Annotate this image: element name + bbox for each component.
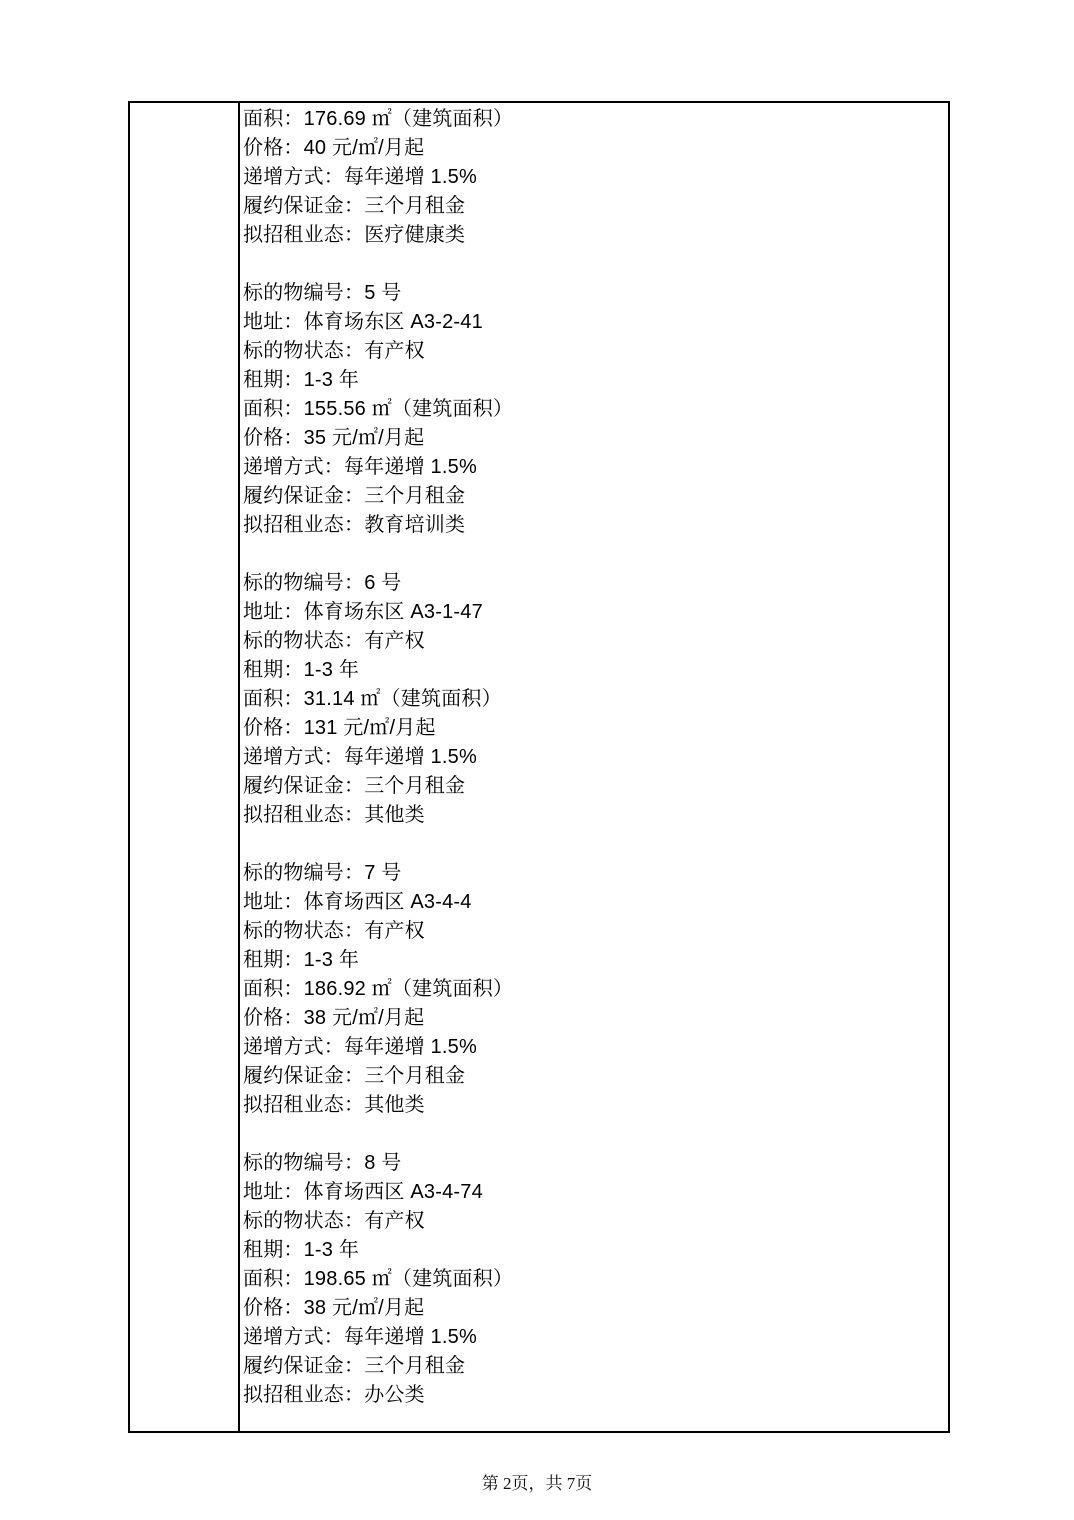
content-line: 履约保证金：三个月租金 [243,192,940,221]
content-line: 面积：31.14 ㎡（建筑面积） [243,685,940,714]
content-line: 租期：1-3 年 [243,946,940,975]
content-line: 标的物状态：有产权 [243,627,940,656]
content-line: 拟招租业态：医疗健康类 [243,221,940,250]
page-footer: 第 2页，共 7页 [0,1472,1074,1496]
content-line: 标的物状态：有产权 [243,917,940,946]
content-line: 标的物编号：6 号 [243,569,940,598]
content-line: 面积：198.65 ㎡（建筑面积） [243,1265,940,1294]
content-line: 租期：1-3 年 [243,366,940,395]
listing-block-item-8: 标的物编号：8 号地址：体育场西区 A3-4-74标的物状态：有产权租期：1-3… [243,1149,940,1410]
table-left-column [130,103,240,1431]
content-line: 标的物状态：有产权 [243,337,940,366]
content-line: 地址：体育场西区 A3-4-74 [243,1178,940,1207]
content-line: 拟招租业态：其他类 [243,801,940,830]
content-line: 面积：186.92 ㎡（建筑面积） [243,975,940,1004]
content-line: 租期：1-3 年 [243,656,940,685]
content-line: 价格：131 元/㎡/月起 [243,714,940,743]
content-line: 标的物编号：7 号 [243,859,940,888]
content-line: 租期：1-3 年 [243,1236,940,1265]
content-line: 递增方式：每年递增 1.5% [243,163,940,192]
content-line: 递增方式：每年递增 1.5% [243,743,940,772]
content-line: 履约保证金：三个月租金 [243,1352,940,1381]
content-line: 履约保证金：三个月租金 [243,482,940,511]
content-line: 地址：体育场东区 A3-2-41 [243,308,940,337]
content-line: 价格：38 元/㎡/月起 [243,1294,940,1323]
content-line: 拟招租业态：其他类 [243,1091,940,1120]
content-line: 标的物编号：8 号 [243,1149,940,1178]
content-line: 履约保证金：三个月租金 [243,772,940,801]
content-line: 递增方式：每年递增 1.5% [243,1323,940,1352]
content-line: 拟招租业态：办公类 [243,1381,940,1410]
listing-block-item-7: 标的物编号：7 号地址：体育场西区 A3-4-4标的物状态：有产权租期：1-3 … [243,859,940,1120]
content-line: 标的物编号：5 号 [243,279,940,308]
content-line: 履约保证金：三个月租金 [243,1062,940,1091]
content-line: 标的物状态：有产权 [243,1207,940,1236]
content-line: 价格：38 元/㎡/月起 [243,1004,940,1033]
content-line: 递增方式：每年递增 1.5% [243,1033,940,1062]
listing-block-item-5: 标的物编号：5 号地址：体育场东区 A3-2-41标的物状态：有产权租期：1-3… [243,279,940,540]
content-line: 拟招租业态：教育培训类 [243,511,940,540]
listing-table: 面积：176.69 ㎡（建筑面积）价格：40 元/㎡/月起递增方式：每年递增 1… [128,101,950,1433]
content-line: 价格：40 元/㎡/月起 [243,134,940,163]
listing-block-item-6: 标的物编号：6 号地址：体育场东区 A3-1-47标的物状态：有产权租期：1-3… [243,569,940,830]
content-line: 递增方式：每年递增 1.5% [243,453,940,482]
content-line: 地址：体育场东区 A3-1-47 [243,598,940,627]
content-line: 地址：体育场西区 A3-4-4 [243,888,940,917]
table-content-cell: 面积：176.69 ㎡（建筑面积）价格：40 元/㎡/月起递增方式：每年递增 1… [240,103,948,1431]
content-line: 面积：155.56 ㎡（建筑面积） [243,395,940,424]
content-line: 面积：176.69 ㎡（建筑面积） [243,105,940,134]
content-line: 价格：35 元/㎡/月起 [243,424,940,453]
document-page: 面积：176.69 ㎡（建筑面积）价格：40 元/㎡/月起递增方式：每年递增 1… [0,0,1074,1520]
listing-block-item-4-continued: 面积：176.69 ㎡（建筑面积）价格：40 元/㎡/月起递增方式：每年递增 1… [243,105,940,250]
